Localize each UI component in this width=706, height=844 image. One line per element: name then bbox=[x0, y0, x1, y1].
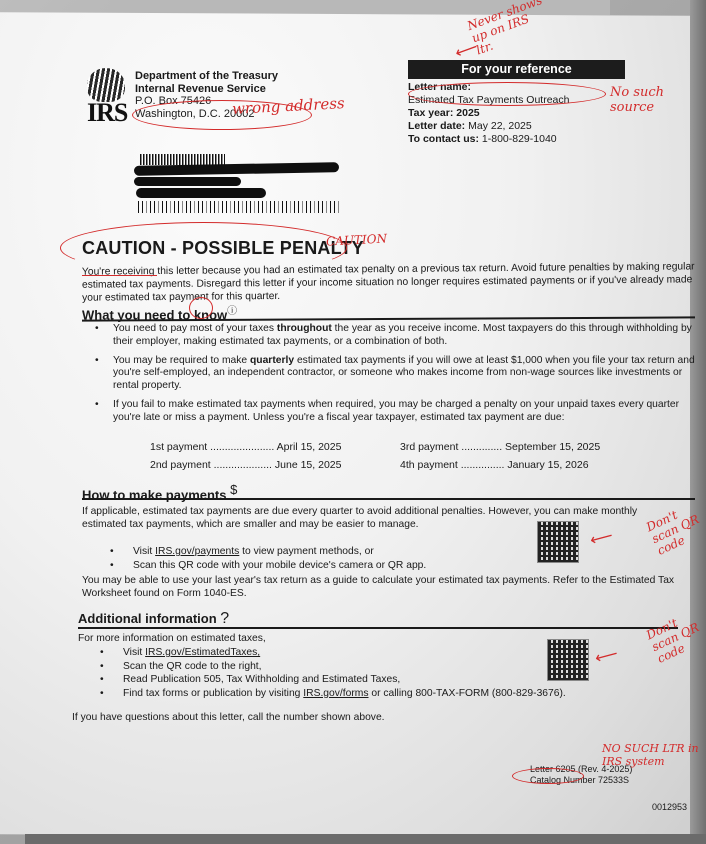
annotation-circle bbox=[408, 82, 606, 106]
eagle-icon bbox=[87, 68, 125, 102]
section-heading-additional: Additional information ? bbox=[78, 610, 229, 628]
list-item: Visit IRS.gov/EstimatedTaxes, bbox=[100, 646, 566, 660]
forms-link[interactable]: IRS.gov/forms bbox=[303, 688, 368, 699]
list-item: You need to pay most of your taxes throu… bbox=[95, 323, 695, 349]
list-item: Visit IRS.gov/payments to view payment m… bbox=[110, 545, 426, 559]
dollar-icon: $ bbox=[230, 482, 237, 497]
letter-date-label: Letter date: bbox=[408, 120, 465, 132]
tax-year-label: Tax year: bbox=[408, 107, 453, 119]
list-item: Scan the QR code to the right, bbox=[100, 660, 566, 674]
contact-value: 1-800-829-1040 bbox=[482, 133, 557, 145]
sequence-number: 0012953 bbox=[652, 802, 687, 812]
payment-row: 2nd payment .................... June 15… bbox=[150, 456, 400, 474]
irs-logo: IRS bbox=[87, 68, 127, 128]
agency-line: Internal Revenue Service bbox=[135, 83, 266, 95]
payment-row: 3rd payment .............. September 15,… bbox=[400, 438, 600, 456]
question-icon: ? bbox=[220, 610, 229, 627]
barcode bbox=[140, 154, 225, 165]
annotation-circle bbox=[512, 768, 584, 784]
know-list: You need to pay most of your taxes throu… bbox=[95, 323, 695, 431]
closing-text: If you have questions about this letter,… bbox=[72, 712, 385, 723]
reference-title: For your reference bbox=[408, 60, 625, 79]
payment-schedule: 1st payment ...................... April… bbox=[150, 438, 600, 474]
annotation-no-source: No such source bbox=[610, 85, 706, 115]
list-item: Find tax forms or publication by visitin… bbox=[100, 687, 566, 701]
payment-row: 4th payment ............... January 15, … bbox=[400, 456, 589, 474]
payments-link[interactable]: IRS.gov/payments bbox=[155, 546, 239, 557]
list-item: Scan this QR code with your mobile devic… bbox=[110, 559, 426, 573]
additional-intro: For more information on estimated taxes, bbox=[78, 633, 266, 644]
payments-list: Visit IRS.gov/payments to view payment m… bbox=[110, 545, 426, 572]
annotation-no-such-letter: NO SUCH LTR in IRS system bbox=[602, 742, 702, 768]
section-divider bbox=[82, 498, 695, 500]
list-item: Read Publication 505, Tax Withholding an… bbox=[100, 673, 566, 687]
additional-list: Visit IRS.gov/EstimatedTaxes, Scan the Q… bbox=[100, 646, 566, 700]
redacted-address-line bbox=[134, 177, 241, 186]
annotation-circle bbox=[189, 297, 213, 319]
list-item: You may be required to make quarterly es… bbox=[95, 355, 695, 393]
letter-date-value: May 22, 2025 bbox=[468, 120, 532, 132]
paper-bottom-shadow bbox=[25, 834, 706, 844]
qr-code[interactable] bbox=[538, 522, 578, 562]
payment-row: 1st payment ...................... April… bbox=[150, 438, 400, 456]
annotation-underline bbox=[82, 275, 157, 276]
irs-logo-text: IRS bbox=[87, 98, 127, 128]
postal-barcode bbox=[138, 201, 340, 213]
section-divider bbox=[78, 627, 678, 629]
annotation-circle bbox=[60, 222, 347, 274]
worksheet-note: You may be able to use your last year's … bbox=[82, 574, 702, 600]
info-icon: ⓘ bbox=[227, 306, 237, 317]
contact-label: To contact us: bbox=[408, 133, 479, 145]
agency-line: Department of the Treasury bbox=[135, 70, 278, 82]
tax-year-value: 2025 bbox=[456, 107, 479, 119]
payments-intro: If applicable, estimated tax payments ar… bbox=[82, 505, 682, 531]
heading-text: Additional information bbox=[78, 611, 217, 626]
heading-text: How to make payments bbox=[82, 487, 227, 502]
redacted-address-line bbox=[136, 188, 266, 198]
list-item: If you fail to make estimated tax paymen… bbox=[95, 399, 695, 425]
estimated-taxes-link[interactable]: IRS.gov/EstimatedTaxes, bbox=[145, 647, 260, 658]
